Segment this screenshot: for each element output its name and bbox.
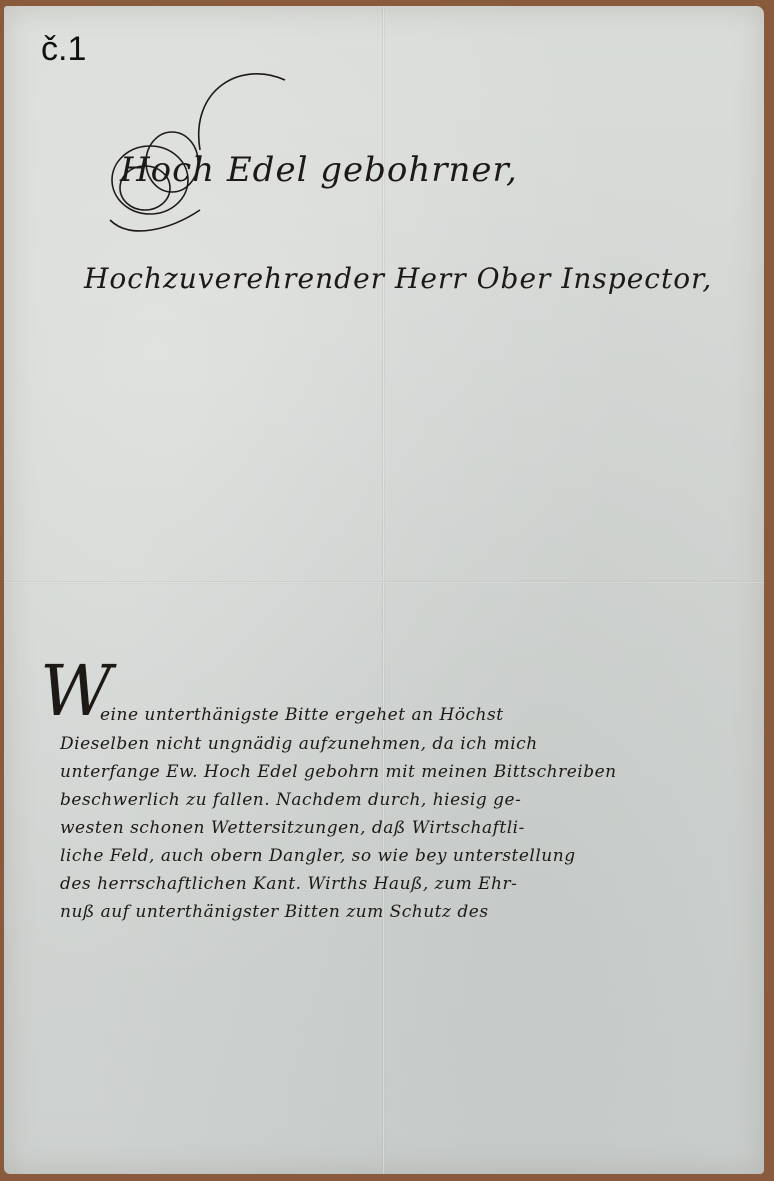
body-line-1: eine unterthänigste Bitte ergehet an Höc… — [100, 705, 504, 725]
horizontal-fold-crease — [4, 581, 764, 584]
body-line-6: liche Feld, auch obern Dangler, so wie b… — [60, 846, 576, 866]
body-line-3: unterfange Ew. Hoch Edel gebohrn mit mei… — [60, 762, 617, 782]
salutation-line-1: Hoch Edel gebohrner, — [120, 150, 518, 190]
document-number-label: č.1 — [41, 30, 86, 69]
body-line-2: Dieselben nicht ungnädig aufzunehmen, da… — [60, 734, 538, 754]
body-line-7: des herrschaftlichen Kant. Wirths Hauß, … — [60, 874, 517, 894]
salutation-line-2: Hochzuverehrender Herr Ober Inspector, — [84, 262, 712, 295]
body-line-5: westen schonen Wettersitzungen, daß Wirt… — [60, 818, 525, 838]
body-line-8: nuß auf unterthänigster Bitten zum Schut… — [60, 902, 489, 922]
body-line-4: beschwerlich zu fallen. Nachdem durch, h… — [60, 790, 521, 810]
